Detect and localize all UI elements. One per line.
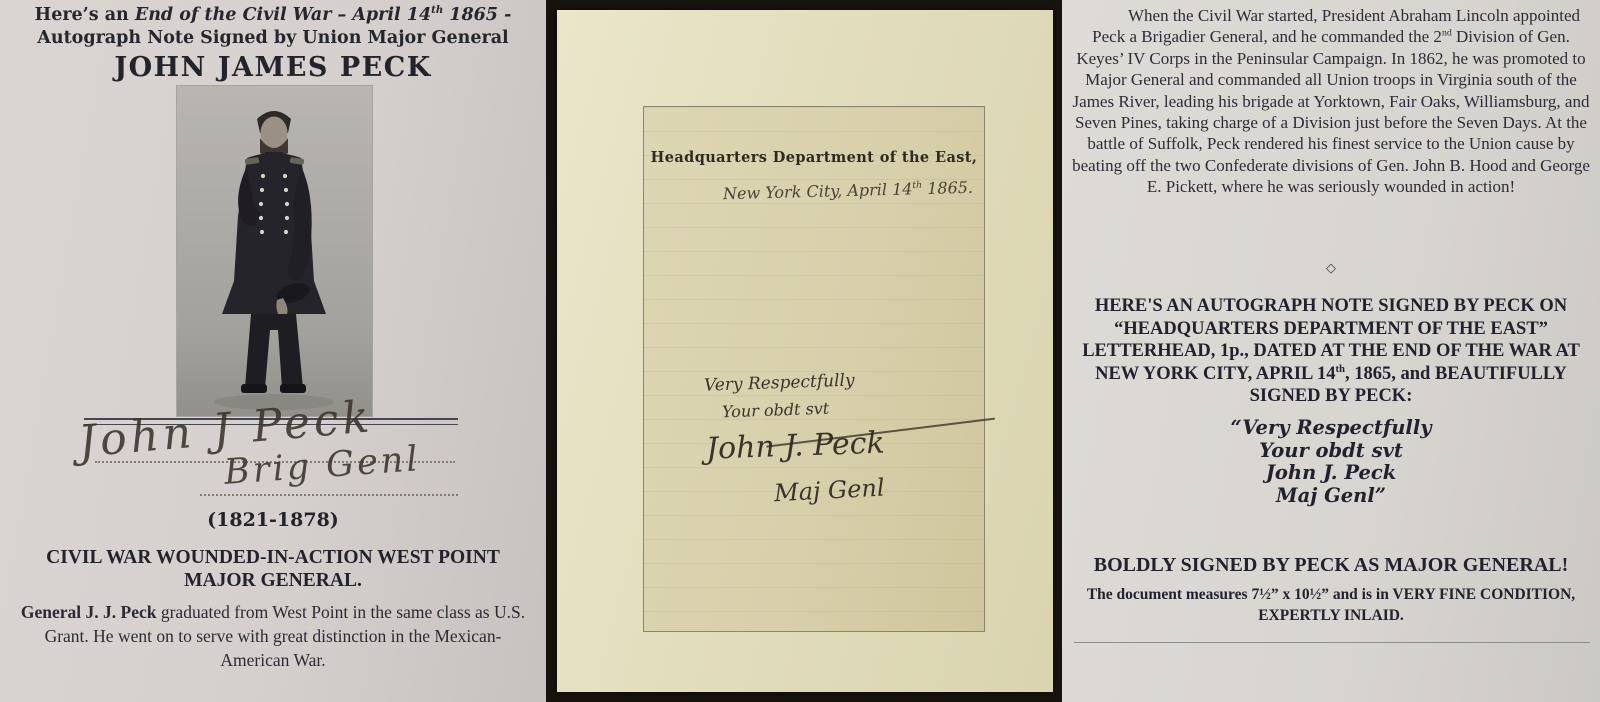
quote-line-2: Your obdt svt <box>1062 440 1600 463</box>
flyer-subtitle: CIVIL WAR WOUNDED-IN-ACTION WEST POINT M… <box>16 546 530 592</box>
quote-line-4: Maj Genl” <box>1062 485 1600 508</box>
closing-line-1: Very Respectfully <box>704 366 977 395</box>
autograph-letter-sheet: Headquarters Department of the East, New… <box>643 106 985 632</box>
letter-closing-block: Very Respectfully Your obdt svt John J. … <box>696 371 976 502</box>
quote-line-3: John J. Peck <box>1062 462 1600 485</box>
portrait-photo <box>177 86 372 416</box>
diamond-ornament-icon: ◇ <box>1062 260 1600 276</box>
peck-letter-signature: John J. Peck <box>705 422 976 466</box>
closing-line-2: Your obdt svt <box>722 394 977 422</box>
quote-line-1: “Very Respectfully <box>1062 417 1600 440</box>
closing-line-4: Maj Genl <box>773 469 976 508</box>
letter-dateline: New York City, April 14th 1865. <box>716 178 980 204</box>
quoted-inscription: “Very Respectfully Your obdt svt John J.… <box>1062 417 1600 507</box>
boldly-signed-line: BOLDLY SIGNED BY PECK AS MAJOR GENERAL! <box>1062 554 1600 577</box>
flyer-header: Here’s an End of the Civil War – April 1… <box>6 4 540 50</box>
flyer-header-line1: Here’s an End of the Civil War – April 1… <box>6 4 540 27</box>
life-dates: (1821-1878) <box>0 509 546 531</box>
condition-measurements: The document measures 7½” x 10½” and is … <box>1066 584 1596 626</box>
description-right-page: When the Civil War started, President Ab… <box>1062 0 1600 702</box>
bottom-rule <box>1074 642 1590 643</box>
dotted-line-2 <box>200 494 458 496</box>
flyer-body-lead: General J. J. Peck <box>21 602 157 622</box>
letterhead-text: Headquarters Department of the East, <box>644 149 984 166</box>
offer-heading: HERE'S AN AUTOGRAPH NOTE SIGNED BY PECK … <box>1066 295 1596 408</box>
flyer-header-line2: Autograph Note Signed by Union Major Gen… <box>6 27 540 50</box>
biography-paragraph: When the Civil War started, President Ab… <box>1070 5 1592 198</box>
flyer-left-page: Here’s an End of the Civil War – April 1… <box>0 0 546 702</box>
page-title: JOHN JAMES PECK <box>0 52 546 83</box>
general-portrait-illustration <box>177 86 372 416</box>
cream-mat-board: Headquarters Department of the East, New… <box>557 10 1053 692</box>
flyer-body-paragraph: General J. J. Peck graduated from West P… <box>12 600 534 672</box>
